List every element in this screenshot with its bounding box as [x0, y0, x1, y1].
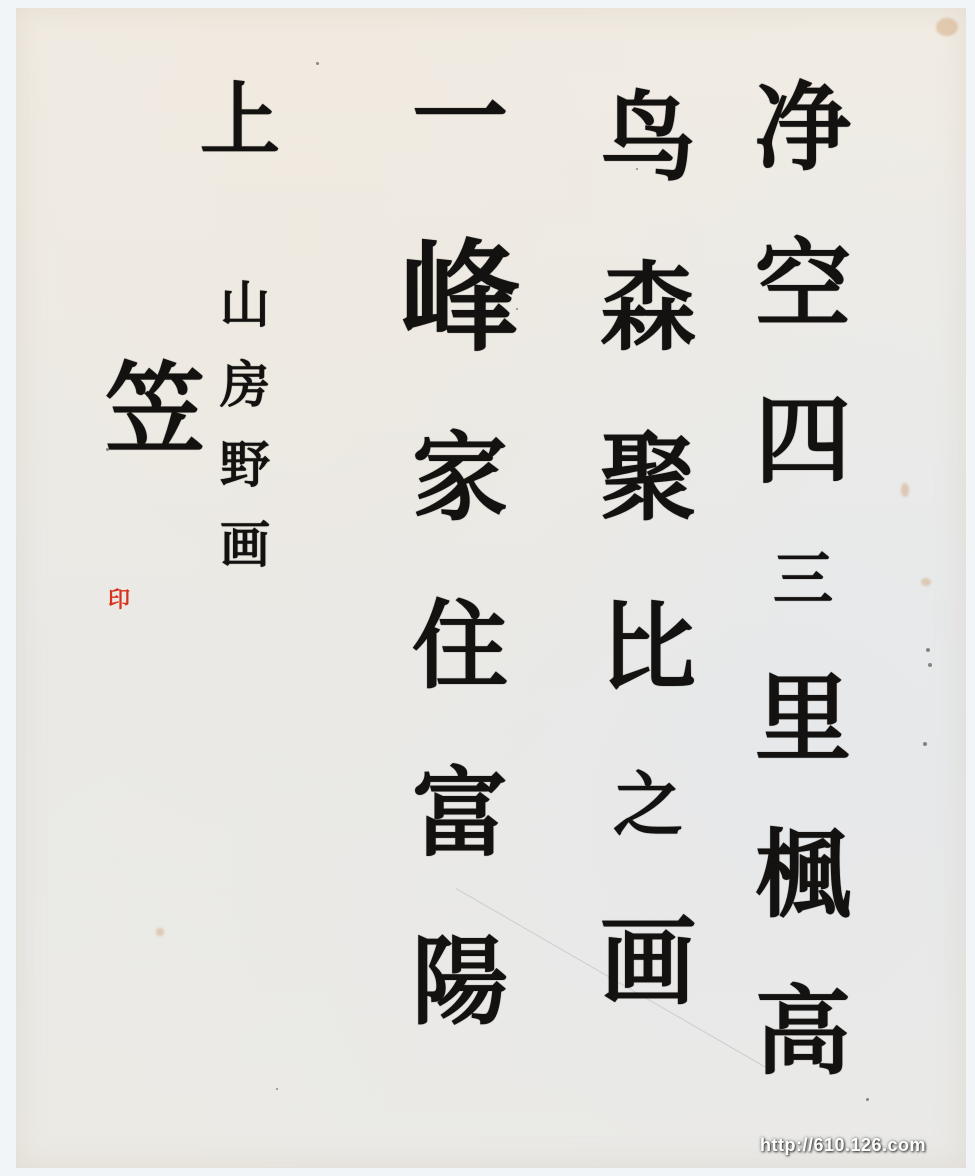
calligraphy-column-3: 一 峰 家 住 富 陽 — [400, 70, 520, 1030]
calligraphy-inscription: 山 房 野 画 — [220, 280, 270, 570]
calligraphy-glyph: 陽 — [412, 934, 508, 1030]
calligraphy-column-2: 鸟 森 聚 比 之 画 — [600, 90, 696, 1010]
calligraphy-glyph: 三 — [773, 550, 833, 610]
signature-glyph: 笠 — [105, 360, 205, 460]
paper-stain — [921, 578, 931, 586]
calligraphy-glyph: 高 — [755, 984, 851, 1080]
paper-stain — [936, 18, 958, 36]
calligraphy-glyph: 上 — [200, 80, 280, 160]
calligraphy-column-1: 净 空 四 三 里 楓 高 — [755, 80, 851, 1080]
calligraphy-glyph: 住 — [412, 598, 508, 694]
paper-speck — [926, 648, 930, 652]
calligraphy-glyph: 净 — [755, 80, 851, 176]
paper-speck — [928, 663, 932, 667]
calligraphy-glyph: 里 — [755, 671, 851, 767]
calligraphy-glyph: 画 — [600, 914, 696, 1010]
paper-speck — [316, 62, 319, 65]
calligraphy-glyph: 一 — [412, 70, 508, 166]
calligraphy-glyph: 楓 — [755, 827, 851, 923]
calligraphy-signature: 笠 — [105, 360, 205, 460]
paper-stain — [901, 483, 909, 497]
image-frame: 净 空 四 三 里 楓 高 鸟 森 聚 比 之 画 一 峰 家 住 富 陽 上 … — [0, 0, 975, 1176]
calligraphy-glyph: 富 — [412, 766, 508, 862]
calligraphy-glyph: 聚 — [600, 430, 696, 526]
inscription-glyph: 房 — [220, 360, 270, 410]
calligraphy-glyph: 鸟 — [600, 90, 696, 186]
paper-speck — [866, 1098, 869, 1101]
paper-stain — [156, 928, 164, 936]
watermark-url: http://610.126.com — [760, 1135, 926, 1156]
inscription-glyph: 山 — [220, 280, 270, 330]
inscription-glyph: 野 — [220, 440, 270, 490]
calligraphy-glyph: 四 — [755, 393, 851, 489]
calligraphy-glyph: 空 — [755, 237, 851, 333]
paper-speck — [276, 1088, 278, 1090]
red-seal-stamp: 印 — [108, 583, 129, 614]
calligraphy-column-4: 上 — [200, 80, 280, 160]
calligraphy-glyph: 峰 — [400, 238, 520, 358]
calligraphy-glyph: 家 — [412, 430, 508, 526]
inscription-glyph: 画 — [220, 520, 270, 570]
calligraphy-glyph: 森 — [600, 260, 696, 356]
calligraphy-glyph: 比 — [600, 600, 696, 696]
calligraphy-glyph: 之 — [613, 770, 683, 840]
paper-speck — [923, 742, 927, 746]
